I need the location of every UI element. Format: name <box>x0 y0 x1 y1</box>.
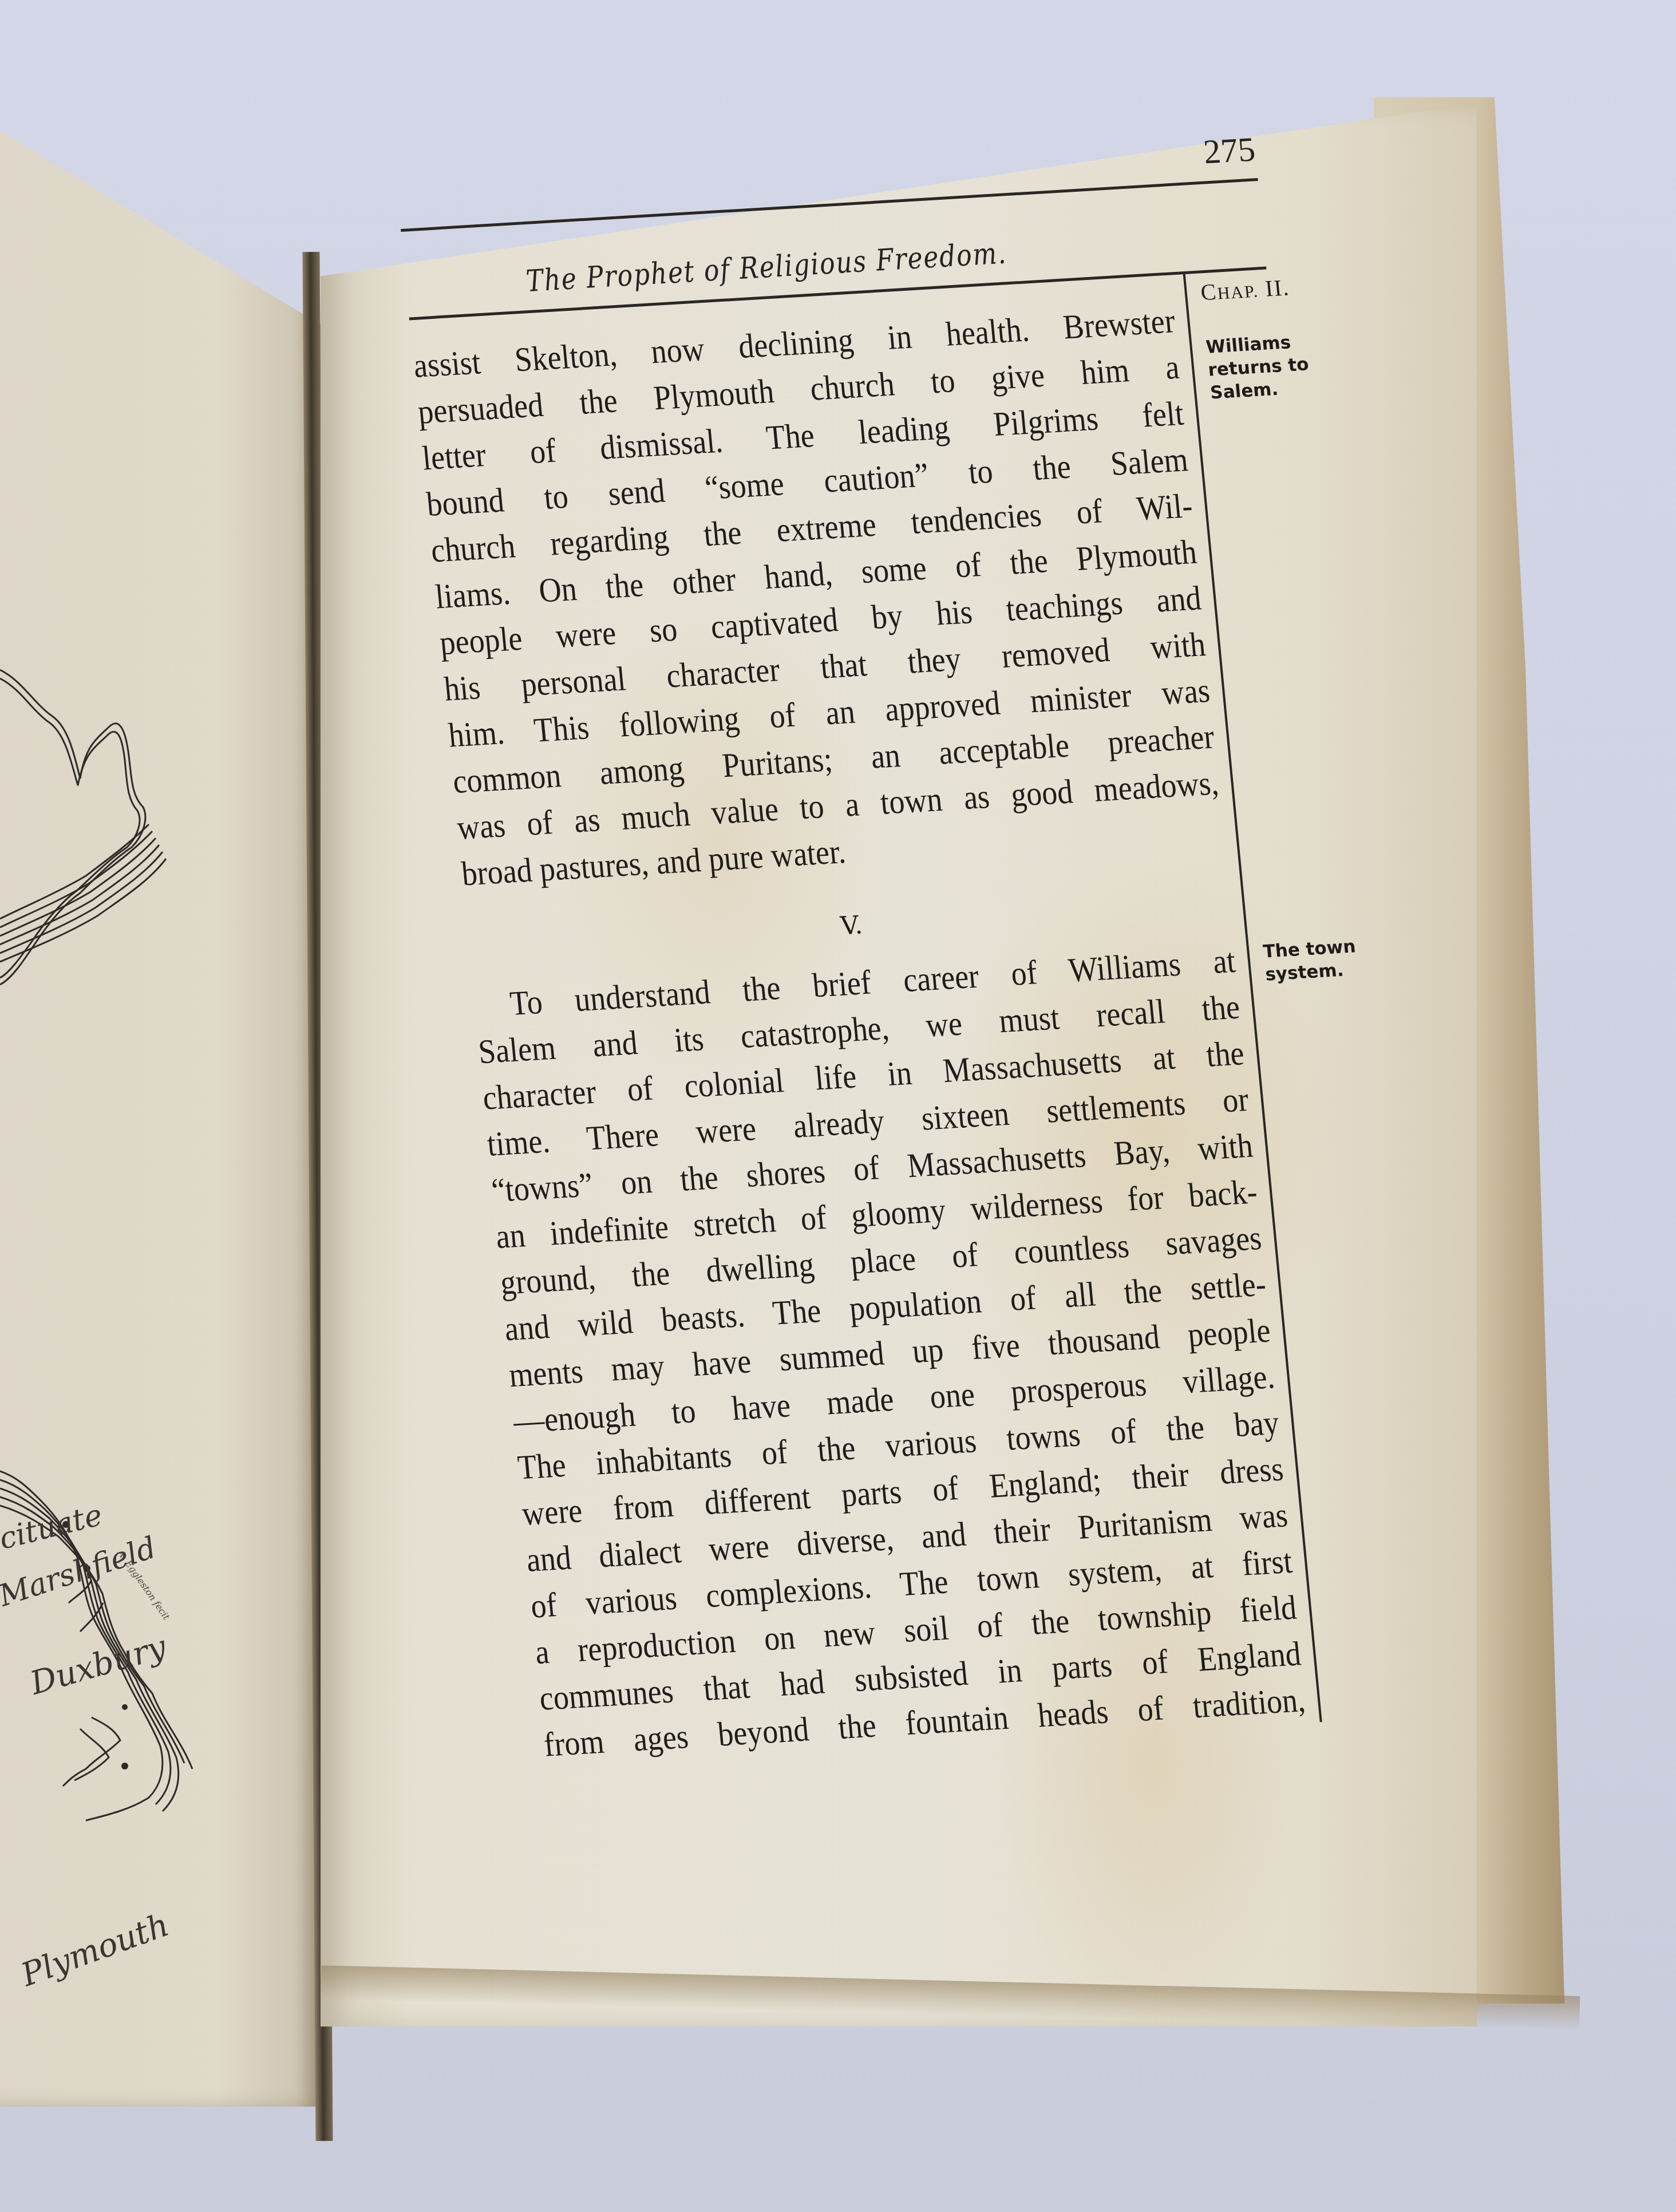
chapter-prefix-smallcaps: HAP. <box>1216 282 1259 303</box>
chapter-number: II. <box>1264 274 1291 301</box>
body-columns: assist Skelton, now declining in health.… <box>409 271 1375 1768</box>
page-text-block: 275 The Prophet of Religious Freedom. as… <box>401 180 1375 1768</box>
sidenote-williams-returns: Williams returns to Salem. <box>1205 329 1337 405</box>
sidenote-town-system: The town system. <box>1262 933 1392 986</box>
photo-scene: cituate Marshfield Duxbury Plymouth A. E… <box>0 0 1676 2212</box>
chapter-marker: CHAP. II. <box>1200 274 1291 306</box>
coastline-map-icon <box>0 34 321 2107</box>
main-text-column: assist Skelton, now declining in health.… <box>409 274 1322 1768</box>
chapter-prefix-cap: C <box>1200 279 1219 306</box>
left-page-map-plate: cituate Marshfield Duxbury Plymouth A. E… <box>0 34 321 2107</box>
paragraph-2: To understand the brief career of Willia… <box>472 937 1311 1768</box>
paragraph-1: assist Skelton, now declining in health.… <box>412 298 1230 898</box>
page-number: 275 <box>1202 129 1257 172</box>
